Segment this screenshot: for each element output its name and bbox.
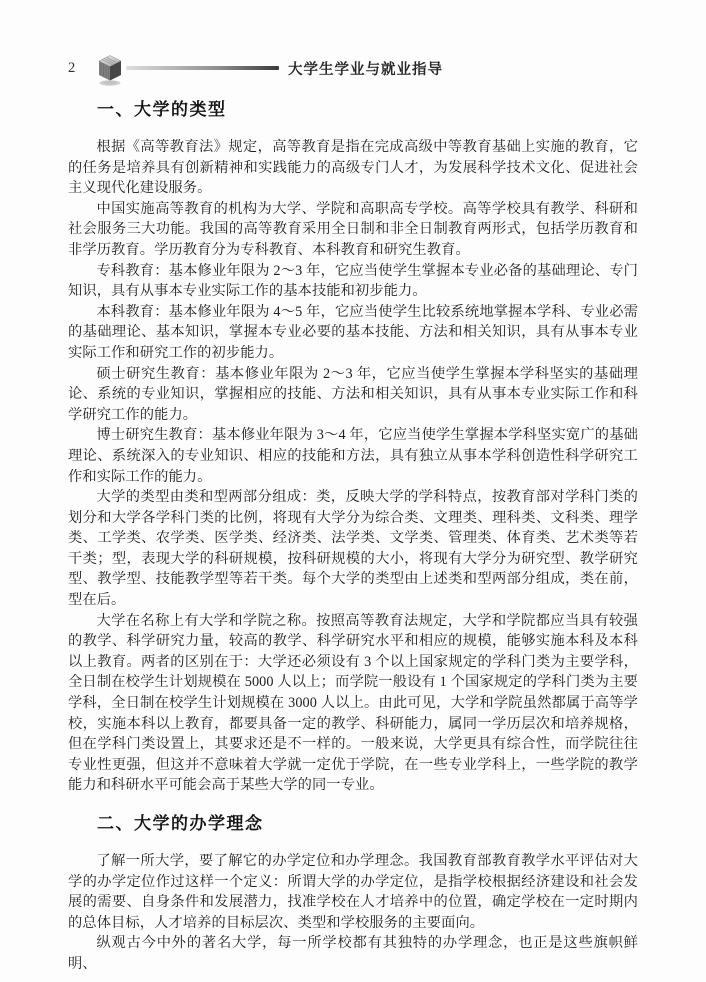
section-heading-philosophy: 二、大学的办学理念: [68, 814, 638, 833]
page-body: 一、大学的类型 根据《高等教育法》规定，高等教育是指在完成高级中等教育基础上实施…: [68, 100, 638, 975]
page-number: 2: [68, 60, 88, 77]
paragraph: 大学的类型由类和型两部分组成：类，反映大学的学科特点，按教育部对学科门类的划分和…: [68, 487, 638, 611]
paragraph: 根据《高等教育法》规定，高等教育是指在完成高级中等教育基础上实施的教育，它的任务…: [68, 137, 638, 199]
section-heading-types: 一、大学的类型: [68, 100, 638, 119]
page-header: 2 大学生学业与就业指导: [68, 52, 638, 84]
paragraph: 了解一所大学，要了解它的办学定位和办学理念。我国教育部教育教学水平评估对大学的办…: [68, 851, 638, 933]
paragraph: 中国实施高等教育的机构为大学、学院和高职高专学校。高等学校具有教学、科研和社会服…: [68, 199, 638, 261]
paragraph: 纵观古今中外的著名大学，每一所学校都有其独特的办学理念，也正是这些旗帜鲜明、: [68, 933, 638, 974]
header-rule: [126, 66, 279, 70]
book-title: 大学生学业与就业指导: [288, 58, 443, 79]
paragraph: 博士研究生教育：基本修业年限为 3～4 年，它应当使学生掌握本学科坚实宽广的基础…: [68, 425, 638, 487]
paragraph: 大学在名称上有大学和学院之称。按照高等教育法规定，大学和学院都应当具有较强的教学…: [68, 611, 638, 796]
cube-3d-icon: [98, 54, 124, 86]
book-page: 2 大学生学业与就业指导 一、大学的类型: [0, 0, 706, 982]
paragraph: 本科教育：基本修业年限为 4～5 年，它应当使学生比较系统地掌握本学科、专业必需…: [68, 302, 638, 364]
paragraph: 专科教育：基本修业年限为 2～3 年，它应当使学生掌握本专业必备的基础理论、专门…: [68, 261, 638, 302]
paragraph: 硕士研究生教育：基本修业年限为 2～3 年，它应当使学生掌握本学科坚实的基础理论…: [68, 364, 638, 426]
